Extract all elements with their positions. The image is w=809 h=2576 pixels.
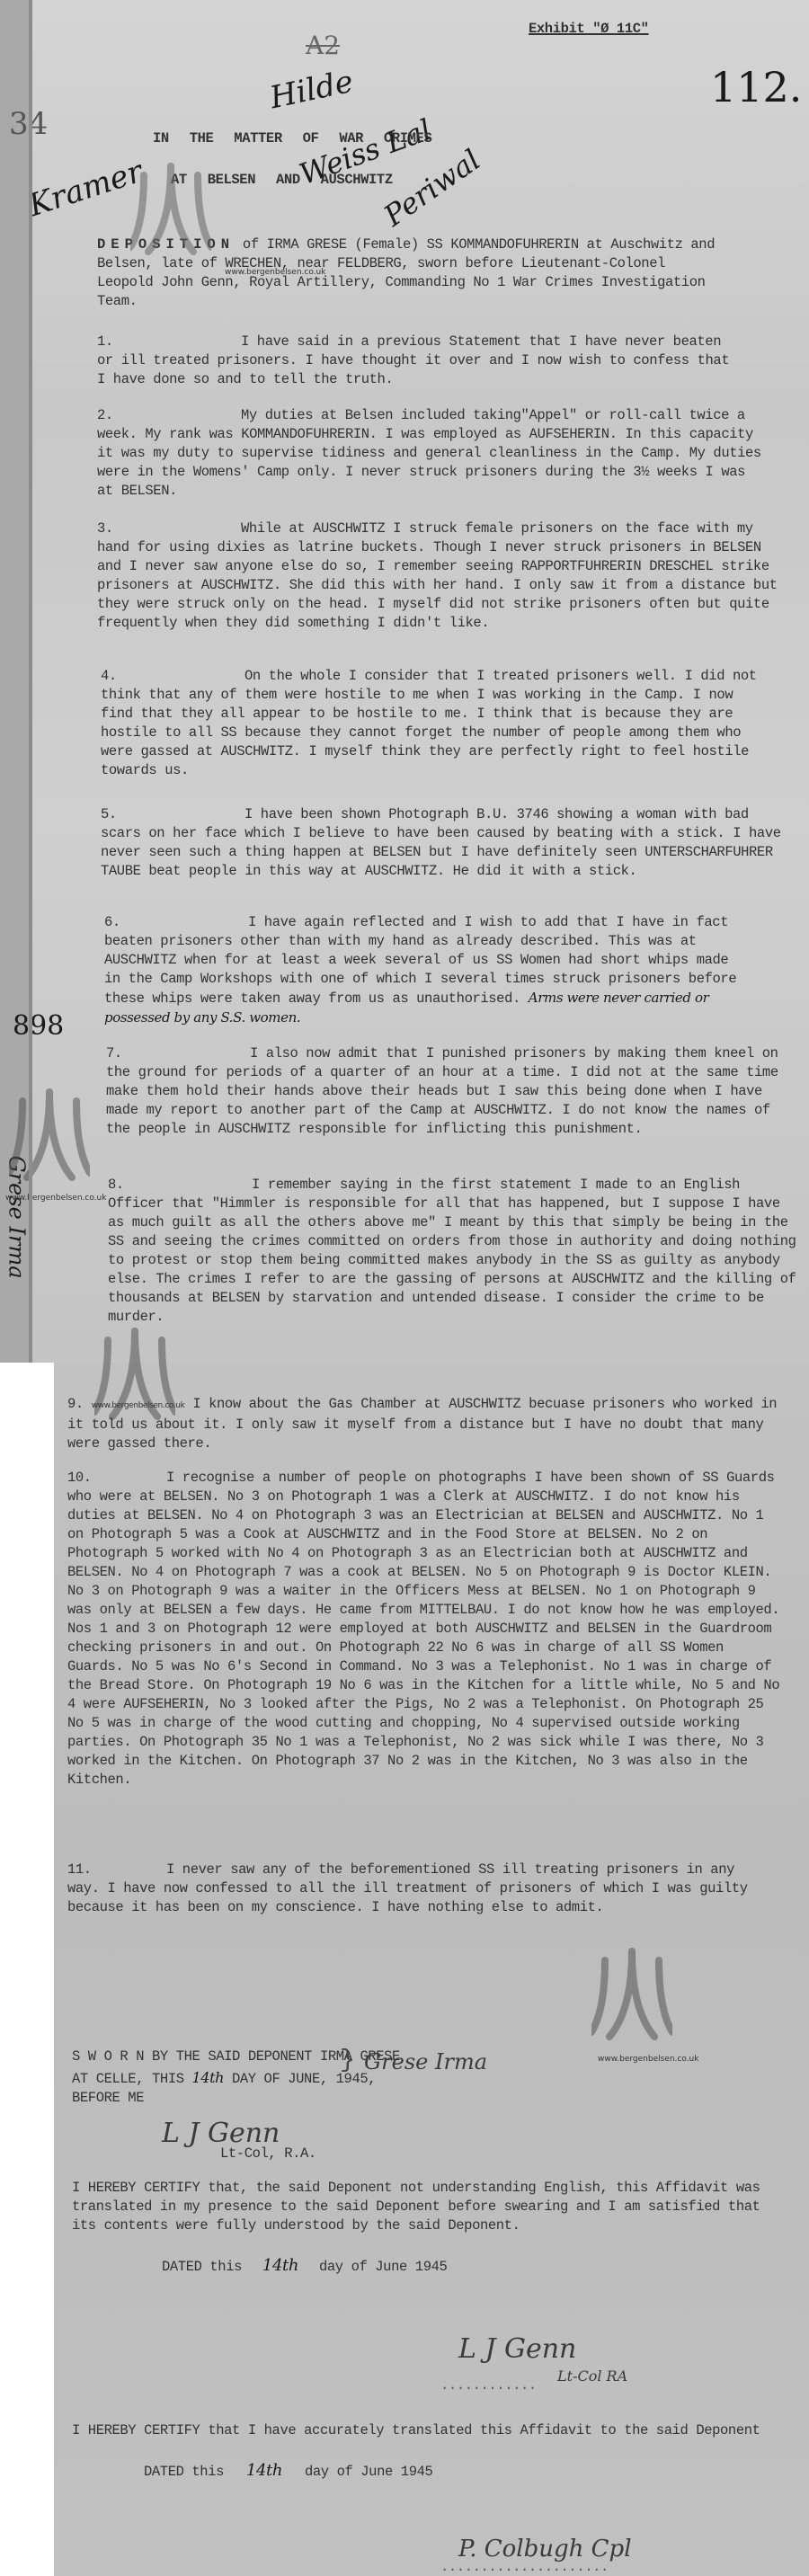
brace: } xyxy=(340,2051,354,2070)
certify-2: I HEREBY CERTIFY that I have accurately … xyxy=(72,2421,773,2440)
sworn-day: 14th xyxy=(192,2069,225,2086)
certify-1-signature-title: Lt-Col RA xyxy=(557,2367,627,2385)
paragraph-10: 10.I recognise a number of people on pho… xyxy=(67,1469,787,1790)
paragraph-7: 7.I also now admit that I punished priso… xyxy=(106,1044,798,1139)
pencil-mark: A2 xyxy=(306,31,340,60)
handwritten-header-2: Hilde xyxy=(267,64,357,117)
deponent-signature: Grese Irma xyxy=(364,2049,487,2074)
paragraph-8: 8.I remember saying in the first stateme… xyxy=(108,1176,800,1327)
paragraph-2: 2.My duties at Belsen included taking"Ap… xyxy=(97,406,762,501)
paragraph-number: 4. xyxy=(101,667,244,686)
watermark-logo-icon xyxy=(130,162,211,261)
paragraph-number: 11. xyxy=(67,1861,166,1879)
margin-number-mid: 898 xyxy=(13,1010,64,1042)
paragraph-number: 8. xyxy=(108,1176,252,1195)
signature-dotted-line: ..................... xyxy=(440,2558,609,2576)
dated-day: 14th xyxy=(250,2256,311,2275)
paragraph-6: 6.I have again reflected and I wish to a… xyxy=(104,913,751,1028)
document-page-1: Exhibit "Ø 11C" A2 112. 34 Kramer Hilde … xyxy=(0,0,809,1363)
sworn-suffix: DAY OF JUNE, 1945, xyxy=(232,2071,376,2087)
dated-prefix: DATED this xyxy=(144,2464,224,2480)
watermark-text: www.bergenbelsen.co.uk xyxy=(225,268,325,277)
watermark-logo-icon xyxy=(591,1947,672,2046)
page-number: 112. xyxy=(710,63,802,111)
paragraph-text: I recognise a number of people on photog… xyxy=(67,1470,779,1788)
paragraph-4: 4.On the whole I consider that I treated… xyxy=(101,667,766,780)
paragraph-3: 3.While at AUSCHWITZ I struck female pri… xyxy=(97,520,780,633)
certify-1-signature: L J Genn xyxy=(458,2333,576,2365)
sworn-line-3: BEFORE ME xyxy=(72,2089,144,2108)
watermark-text: www.bergenbelsen.co.uk xyxy=(598,2055,698,2064)
watermark-text: www.bergenbelsen.co.uk xyxy=(5,1194,106,1203)
margin-number-top: 34 xyxy=(9,106,48,142)
signature-dotted-line: ............ xyxy=(440,2376,537,2395)
dated-suffix: day of June 1945 xyxy=(305,2464,432,2480)
paragraph-number: 2. xyxy=(97,406,241,425)
paragraph-11: 11.I never saw any of the beforementione… xyxy=(67,1861,769,1917)
paragraph-number: 5. xyxy=(101,805,244,824)
paragraph-number: 6. xyxy=(104,913,248,932)
paragraph-9: 9. www.bergenbelsen.co.uk I know about t… xyxy=(67,1395,787,1453)
certify-1: I HEREBY CERTIFY that, the said Deponent… xyxy=(72,2179,773,2235)
paragraph-5: 5.I have been shown Photograph B.U. 3746… xyxy=(101,805,793,881)
dated-prefix: DATED this xyxy=(162,2259,242,2275)
paragraph-text: I remember saying in the first statement… xyxy=(108,1177,796,1325)
handwritten-header-1: Kramer xyxy=(24,154,147,224)
watermark-logo-icon xyxy=(9,1088,90,1186)
paragraph-text: I never saw any of the beforementioned S… xyxy=(67,1861,748,1915)
certify-2-dated: DATED this 14th day of June 1945 xyxy=(144,2461,432,2482)
paragraph-number: 7. xyxy=(106,1044,250,1063)
officer-title: Lt-Col, R.A. xyxy=(220,2145,316,2163)
title-line-1: IN THE MATTER OF WAR CRIMES xyxy=(153,129,431,148)
dated-day: 14th xyxy=(232,2461,297,2480)
paragraph-number: 1. xyxy=(97,333,241,351)
sworn-line-2: AT CELLE, THIS 14th DAY OF JUNE, 1945, xyxy=(72,2068,376,2089)
certify-1-dated: DATED this 14th day of June 1945 xyxy=(162,2256,447,2277)
paragraph-number: 10. xyxy=(67,1469,166,1488)
paragraph-number: 3. xyxy=(97,520,241,538)
paragraph-1: 1.I have said in a previous Statement th… xyxy=(97,333,744,389)
paragraph-number: 9. xyxy=(67,1396,84,1412)
dated-suffix: day of June 1945 xyxy=(319,2259,447,2275)
sworn-prefix: AT CELLE, THIS xyxy=(72,2071,184,2087)
document-page-2: 9. www.bergenbelsen.co.uk I know about t… xyxy=(54,1363,809,2576)
exhibit-label: Exhibit "Ø 11C" xyxy=(529,20,649,39)
watermark-text: www.bergenbelsen.co.uk xyxy=(92,1401,185,1410)
